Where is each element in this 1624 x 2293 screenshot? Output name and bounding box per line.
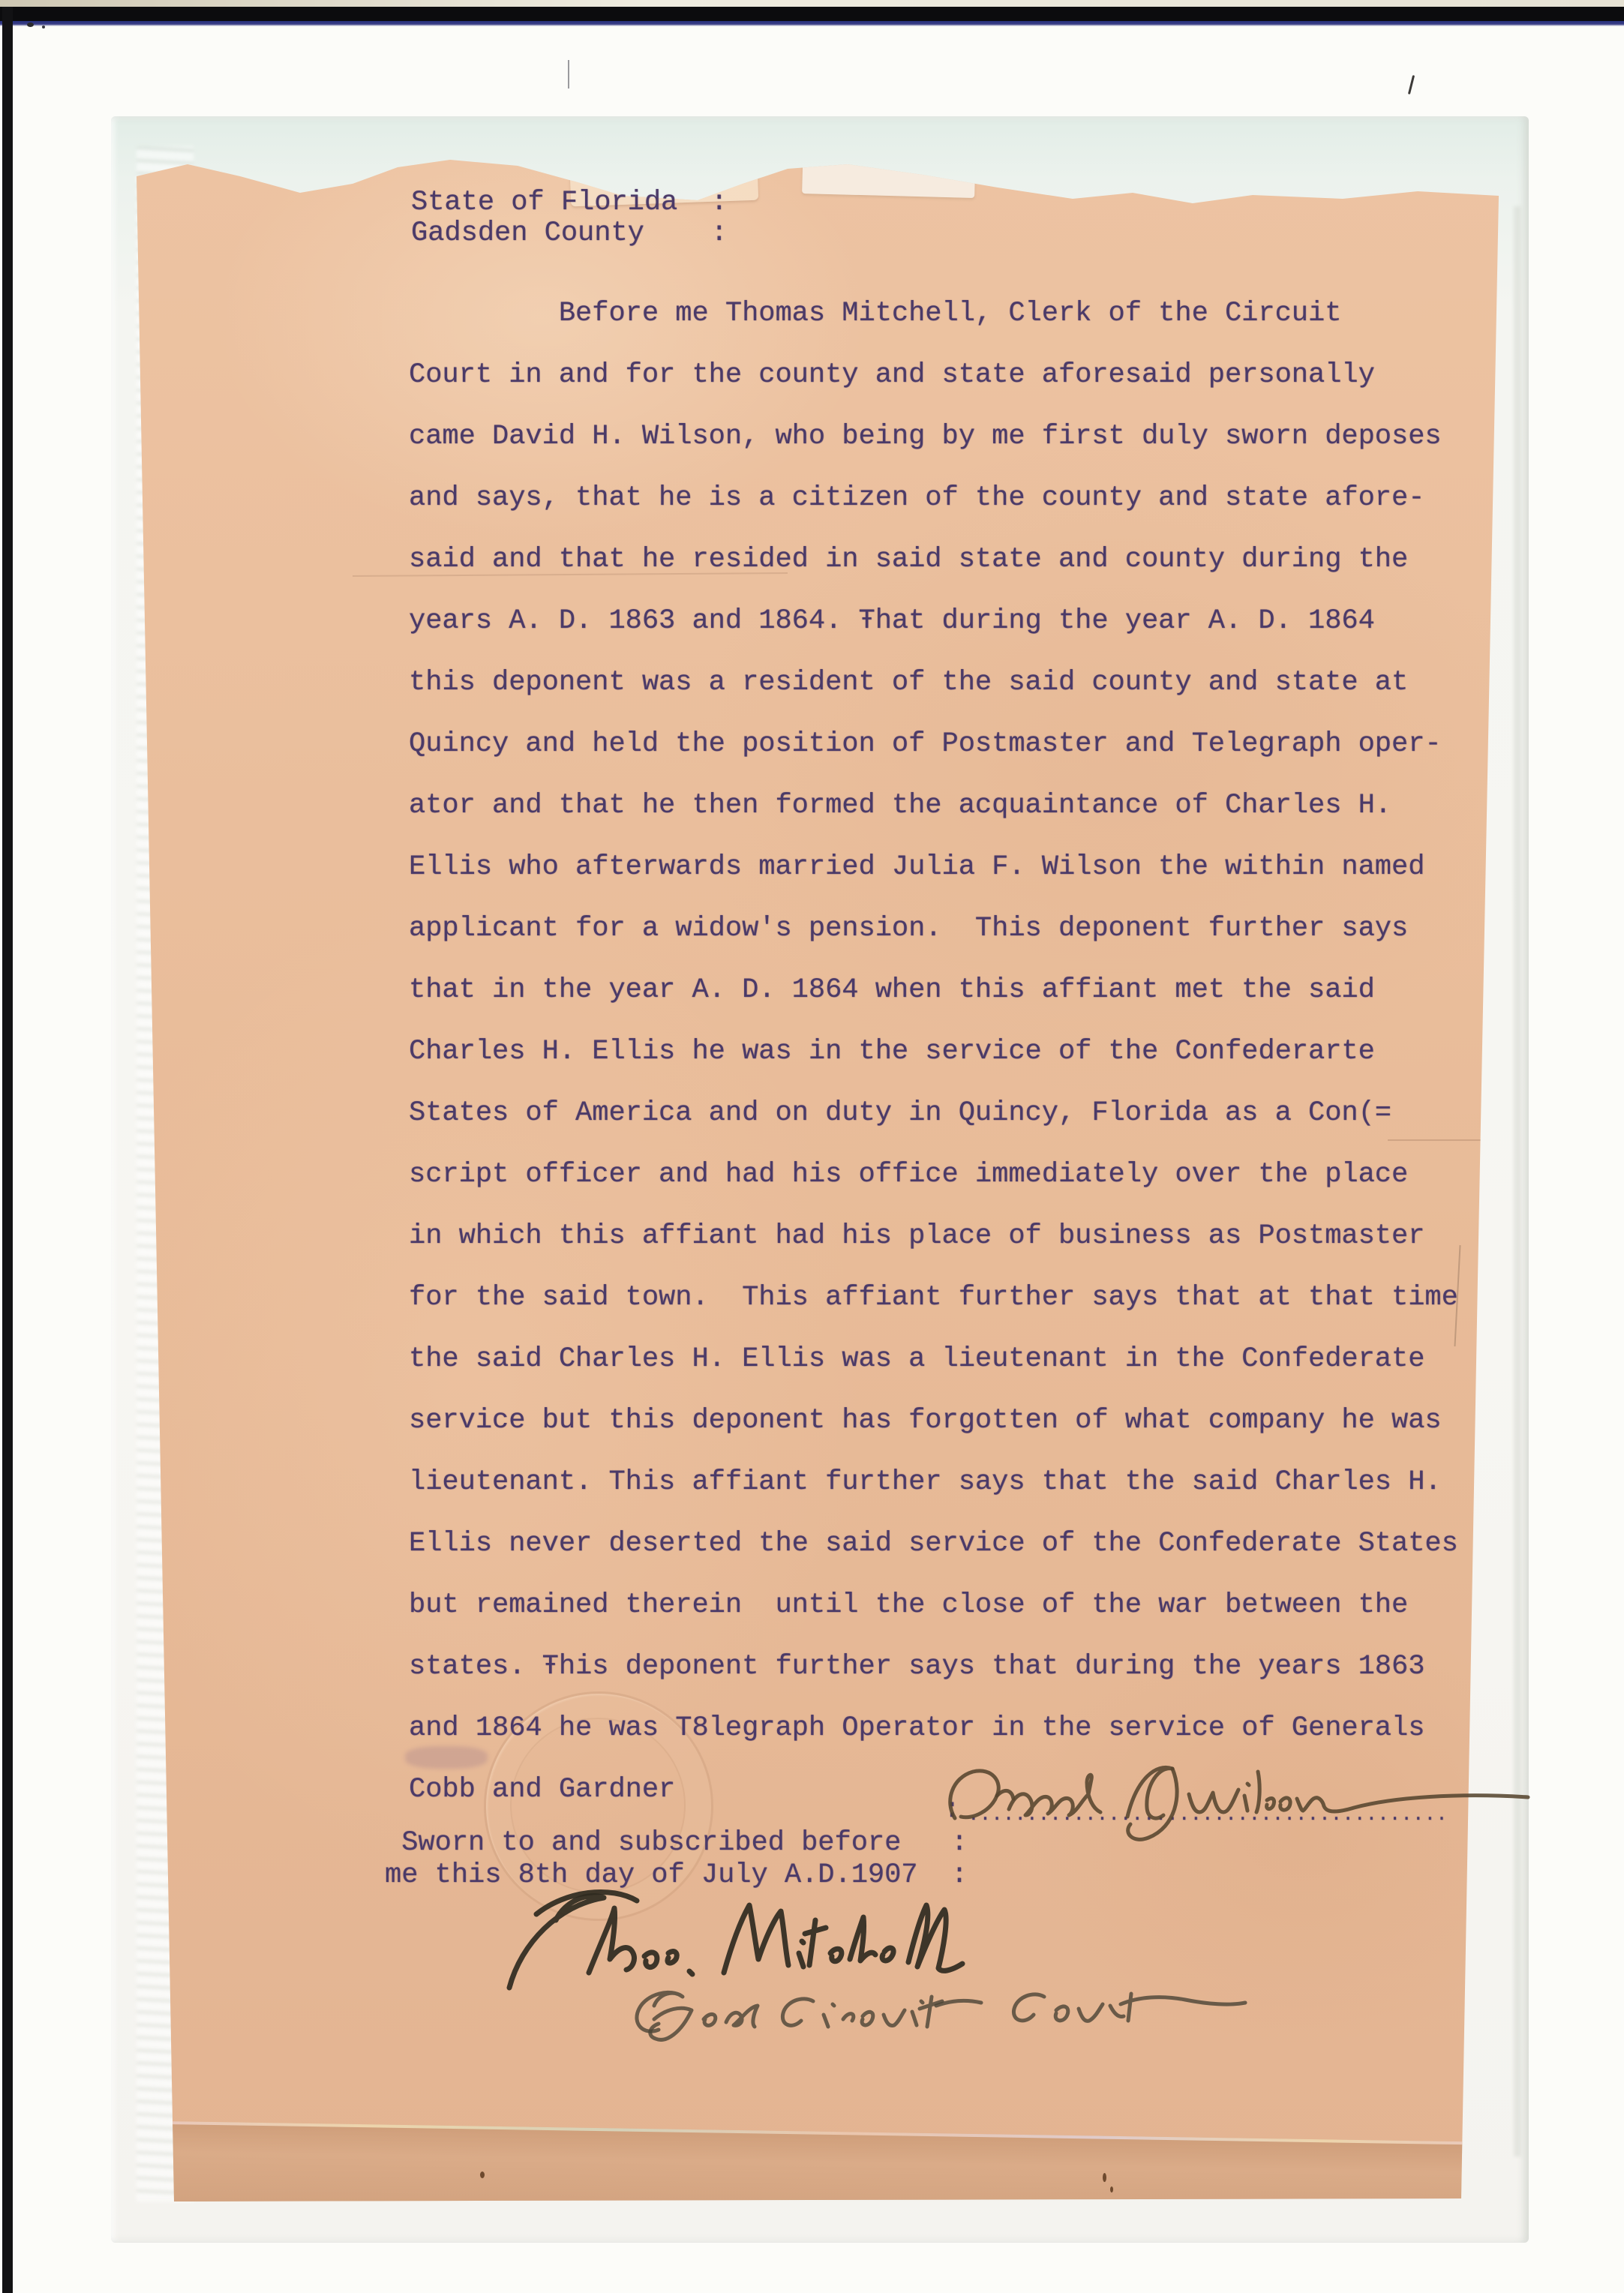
typed-line: Before me Thomas Mitchell, Clerk of the … [409,298,1341,329]
typed-line: in which this affiant had his place of b… [409,1220,1424,1252]
typed-line: applicant for a widow's pension. This de… [409,913,1408,944]
scan-top-bar [0,7,1624,21]
typed-line: said and that he resided in said state a… [409,544,1408,575]
typed-line: script officer and had his office immedi… [409,1159,1408,1190]
typed-line: Court in and for the county and state af… [409,359,1375,391]
typed-line: years A. D. 1863 and 1864. Ŧhat during t… [409,605,1375,637]
ink-speck [480,2171,485,2178]
typed-line: lieutenant. This affiant further says th… [409,1466,1442,1498]
typed-line: service but this deponent has forgotten … [409,1405,1442,1436]
caption-state-county: State of Florida : Gadsden County : [411,188,728,249]
scan-speck [27,23,34,27]
officer-title-signature [614,1967,1364,2060]
faint-stamp-smudge [405,1746,488,1769]
typed-line: the said Charles H. Ellis was a lieutena… [409,1343,1424,1375]
scan-top-edge [0,0,1624,7]
scanned-affidavit-page: { "document": { "header": "State of Flor… [0,0,1624,2293]
typed-line: that in the year A. D. 1864 when this af… [409,974,1375,1006]
typed-line: Ellis who afterwards married Julia F. Wi… [409,851,1424,883]
typed-line: Charles H. Ellis he was in the service o… [409,1036,1375,1067]
typed-line: States of America and on duty in Quincy,… [409,1097,1391,1129]
scan-blue-line [0,21,1624,26]
typed-line: but remained therein until the close of … [409,1589,1408,1621]
typed-line: Cobb and Gardner [409,1774,675,1805]
typed-line: Ellis never deserted the said service of… [409,1528,1458,1559]
stray-pen-mark [1408,75,1415,95]
typed-line: for the said town. This affiant further … [409,1282,1458,1313]
ink-speck [1103,2173,1106,2182]
scan-left-bar [2,7,13,2293]
deponent-signature [934,1749,1541,1850]
typed-line: this deponent was a resident of the said… [409,667,1408,698]
typed-line: Quincy and held the position of Postmast… [409,728,1442,760]
typed-line: states. Ŧhis deponent further says that … [409,1651,1424,1682]
typed-line: ator and that he then formed the acquain… [409,790,1391,821]
scan-speck [42,26,45,29]
typed-line: came David H. Wilson, who being by me fi… [409,421,1442,452]
typed-line: and says, that he is a citizen of the co… [409,482,1424,514]
typed-line: and 1864 he was T8legraph Operator in th… [409,1712,1424,1744]
ink-speck [1110,2186,1113,2192]
scan-hair-mark [568,60,569,89]
